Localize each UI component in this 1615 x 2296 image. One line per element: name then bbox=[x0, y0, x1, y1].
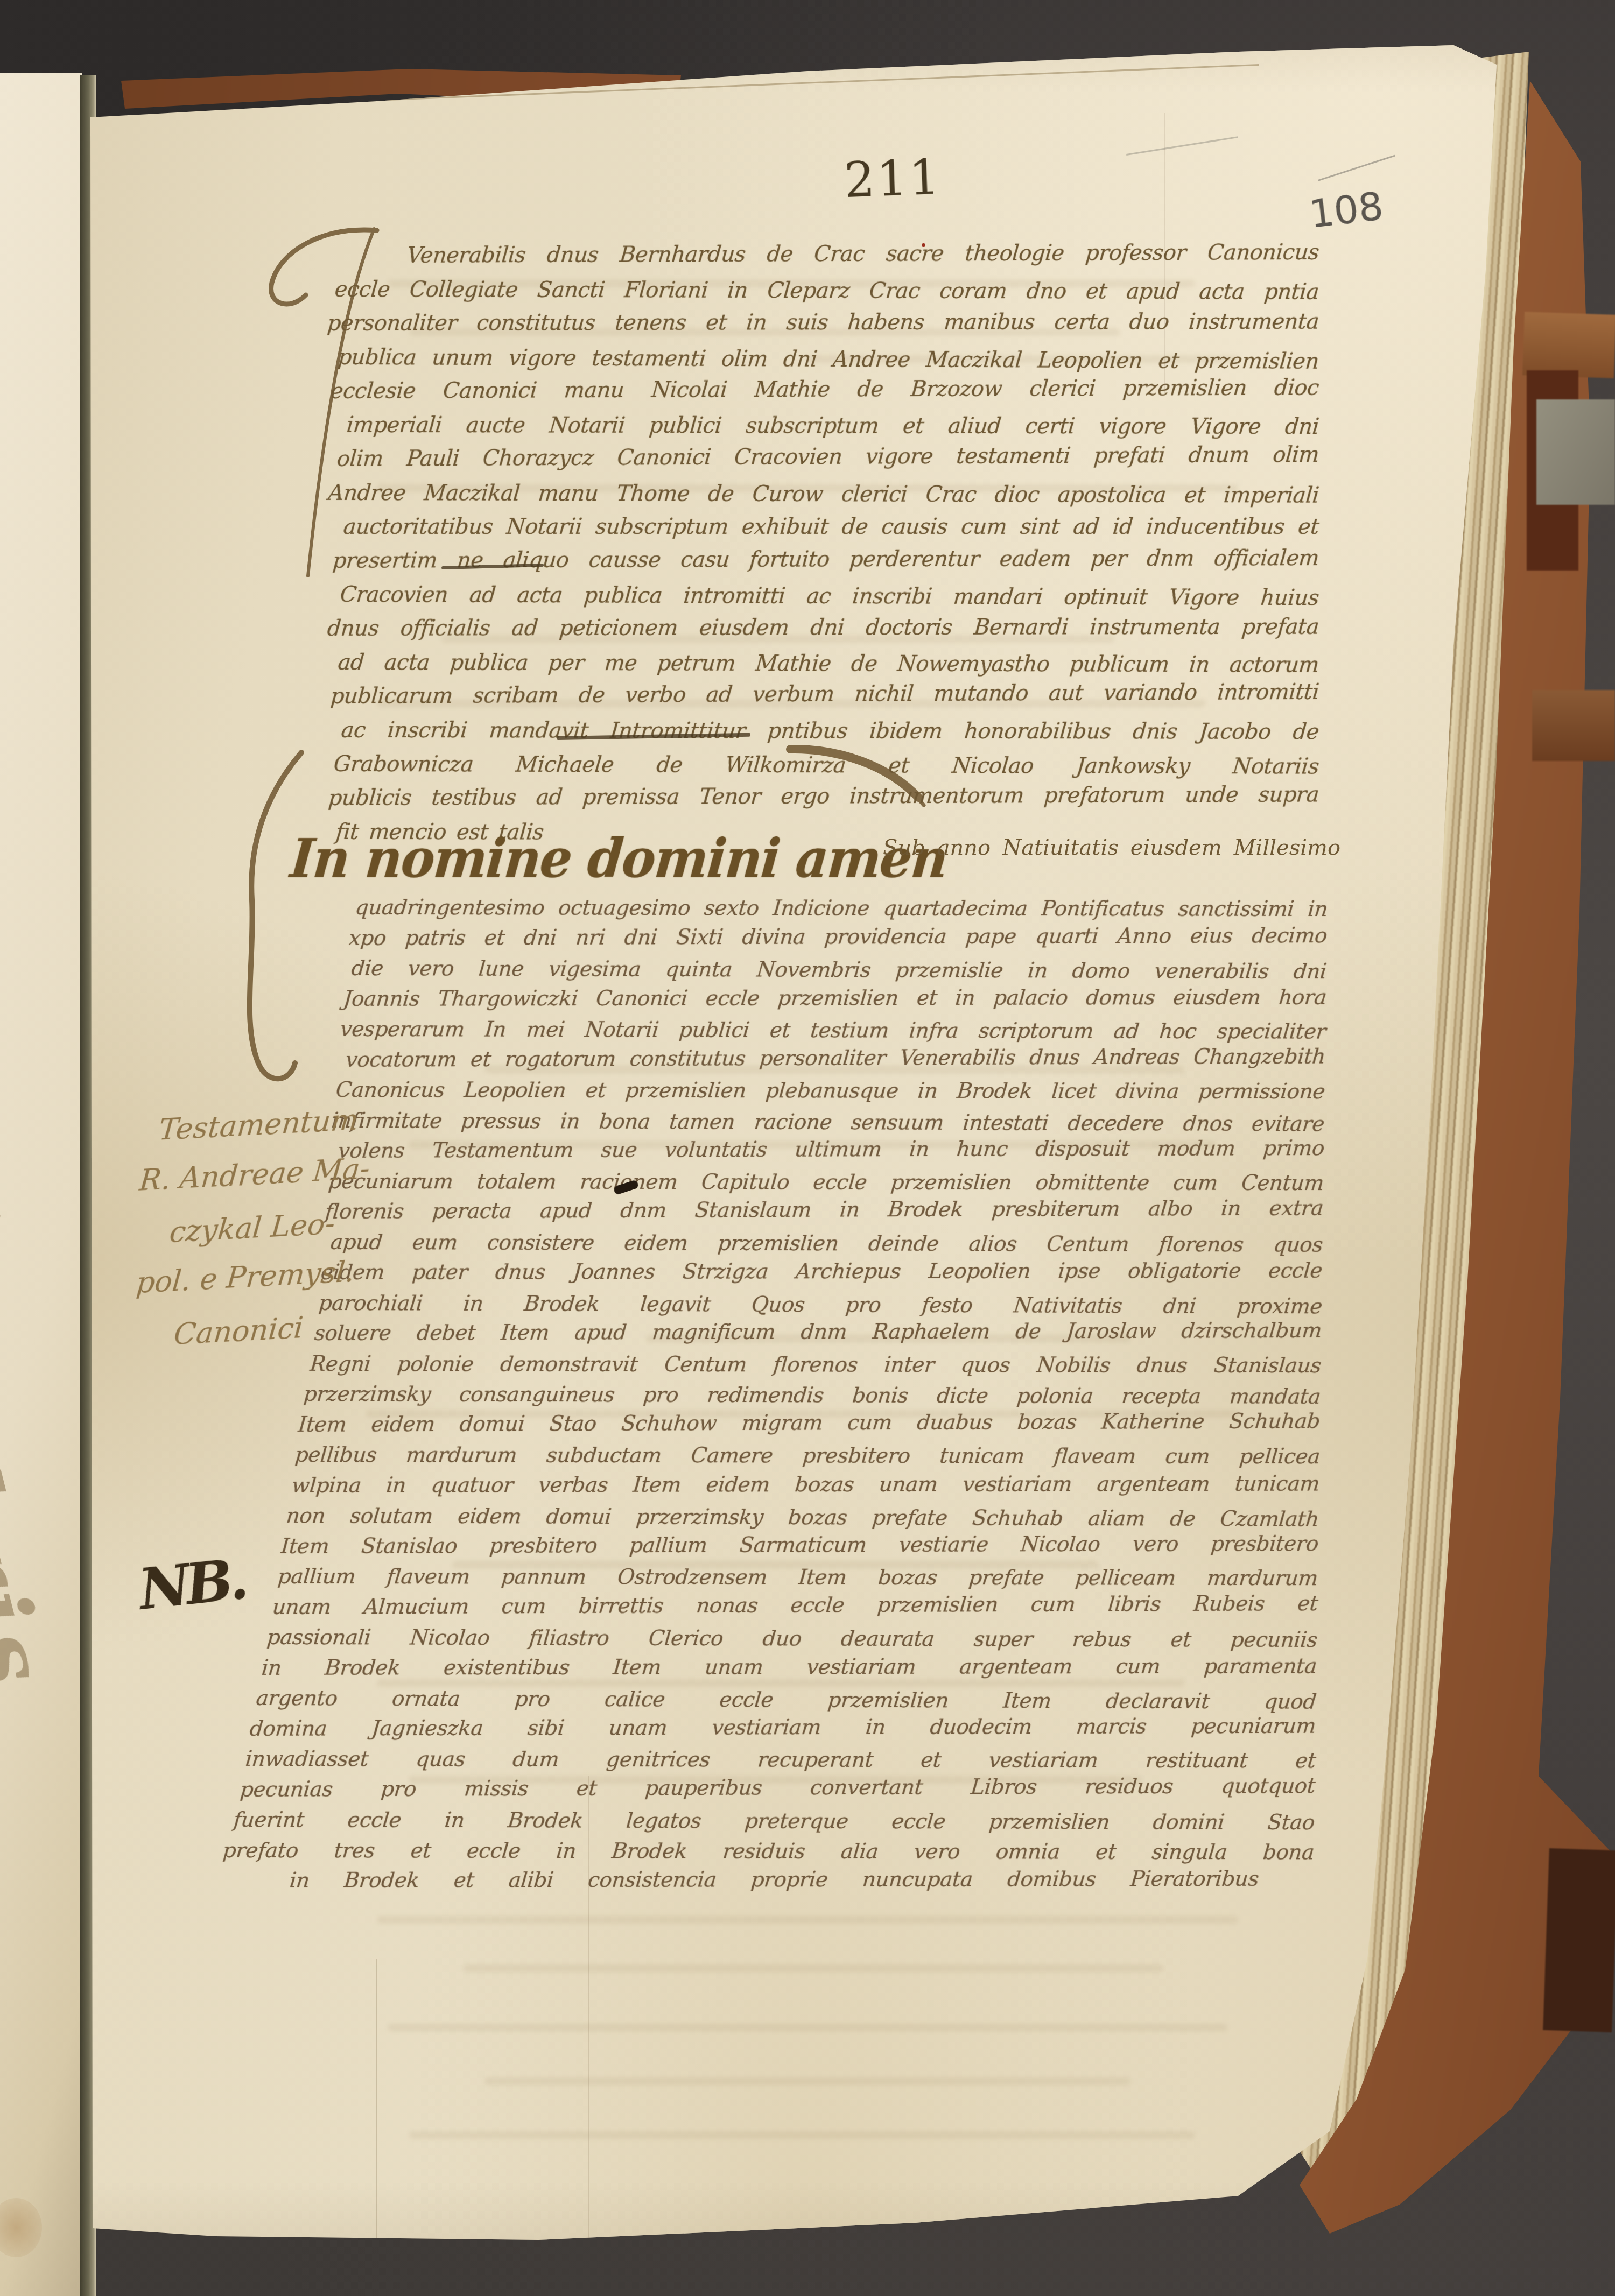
manuscript-line: pallium flaveum pannum Ostrodzensem Item… bbox=[277, 1565, 1319, 1591]
leather-strap bbox=[1532, 690, 1615, 761]
nota-bene-mark: NB. bbox=[136, 1546, 247, 1623]
paper-stain bbox=[0, 2198, 42, 2257]
manuscript-line: wlpina in quatuor verbas Item eidem boza… bbox=[291, 1472, 1321, 1498]
manuscript-line: non solutam eidem domui przerzimsky boza… bbox=[285, 1504, 1320, 1532]
red-speck bbox=[922, 243, 925, 247]
manuscript-line: Item Stanislao presbitero pallium Sarmat… bbox=[280, 1532, 1319, 1559]
felt-patch bbox=[1536, 399, 1615, 505]
manuscript-line: quadringentesimo octuagesimo sexto Indic… bbox=[354, 896, 1329, 922]
manuscript-line: domina Jagnieszka sibi unam vestiariam i… bbox=[249, 1714, 1317, 1742]
manuscript-line: imperiali aucte Notarii publici subscrip… bbox=[346, 413, 1320, 440]
manuscript-line: inwadiasset quas dum genitrices recupera… bbox=[244, 1747, 1317, 1773]
manuscript-line: parochiali in Brodek legavit Quos pro fe… bbox=[318, 1291, 1323, 1320]
manuscript-line: presertim ne aliquo causse casu fortuito… bbox=[332, 546, 1320, 574]
leather-strap bbox=[1522, 312, 1615, 378]
manuscript-line: dnus officialis ad peticionem eiusdem dn… bbox=[326, 615, 1320, 642]
manuscript-line: pecunias pro missis et pauperibus conver… bbox=[239, 1774, 1316, 1802]
manuscript-line: Regni polonie demonstravit Centum floren… bbox=[309, 1352, 1322, 1378]
manuscript-line: passionali Nicolao filiastro Clerico duo… bbox=[266, 1625, 1318, 1653]
manuscript-line: Venerabilis dnus Bernhardus de Crac sacr… bbox=[406, 240, 1320, 269]
manuscript-line: vesperarum In mei Notarii publici et tes… bbox=[339, 1017, 1327, 1045]
manuscript-line: Andree Maczikal manu Thome de Curow cler… bbox=[327, 481, 1320, 509]
manuscript-line: die vero lune vigesima quinta Novembris … bbox=[350, 956, 1328, 984]
manuscript-line: ad acta publica per me petrum Mathie de … bbox=[337, 650, 1320, 678]
manuscript-line: ac inscribi mandavit Intromittitur pntib… bbox=[340, 718, 1320, 745]
manuscript-line: in Brodek et alibi consistencia proprie … bbox=[289, 1867, 1260, 1893]
manuscript-line: volens Testamentum sue voluntatis ultimu… bbox=[337, 1136, 1325, 1164]
manuscript-line: ecclesie Canonici manu Nicolai Mathie de… bbox=[329, 376, 1320, 405]
heading-invocation: In nomine domini amen bbox=[288, 828, 950, 890]
leather-strap bbox=[1543, 1848, 1615, 2032]
manuscript-line: florenis peracta apud dnm Stanislaum in … bbox=[324, 1196, 1324, 1225]
manuscript-line: Grabownicza Michaele de Wilkomirza et Ni… bbox=[333, 752, 1320, 780]
manuscript-line: pecuniarum totalem racionem Capitulo ecc… bbox=[327, 1170, 1325, 1196]
manuscript-line: soluere debet Item apud magnificum dnm R… bbox=[313, 1319, 1323, 1346]
manuscript-line: Cracovien ad acta publica intromitti ac … bbox=[339, 582, 1320, 611]
manuscript-line: xpo patris et dni nri dni Sixti divina p… bbox=[348, 924, 1328, 951]
manuscript-line: Canonicus Leopolien et przemislien pleba… bbox=[335, 1078, 1326, 1104]
manuscript-line: unam Almucium cum birrettis nonas eccle … bbox=[271, 1591, 1319, 1620]
manuscript-line: Item eidem domui Stao Schuhow migram cum… bbox=[297, 1409, 1321, 1438]
heading-continuation-line: Sub anno Natiuitatis eiusdem Millesimo bbox=[883, 835, 1340, 860]
manuscript-line: eidem pater dnus Joannes Strzigza Archie… bbox=[320, 1259, 1323, 1285]
manuscript-line: prefato tres et eccle in Brodek residuis… bbox=[222, 1839, 1315, 1865]
manuscript-line: auctoritatibus Notarii subscriptum exhib… bbox=[342, 515, 1320, 540]
manuscript-line: eccle Collegiate Sancti Floriani in Clep… bbox=[334, 277, 1320, 305]
manuscript-line: publicis testibus ad premissa Tenor ergo… bbox=[327, 783, 1320, 812]
facing-page-display-script: tobris bbox=[0, 1343, 69, 1702]
margin-note-line: Canonici bbox=[172, 1311, 305, 1351]
facing-page-sliver: Barbare Kozyczkalis de Brzo gnisad hoc b… bbox=[0, 73, 82, 2296]
manuscript-line: in Brodek existentibus Item unam vestiar… bbox=[261, 1654, 1318, 1681]
manuscript-line: pellibus mardurum subductam Camere presb… bbox=[294, 1443, 1321, 1469]
manuscript-line: fuerint eccle in Brodek legatos preterqu… bbox=[233, 1808, 1316, 1835]
manuscript-line: przerzimsky consanguineus pro redimendis… bbox=[303, 1382, 1322, 1410]
manuscript-line: apud eum consistere eidem przemislien de… bbox=[329, 1230, 1324, 1258]
manuscript-line: personaliter constitutus tenens et in su… bbox=[326, 309, 1320, 336]
manuscript-line: publicarum scribam de verbo ad verbum ni… bbox=[329, 680, 1320, 709]
manuscript-line: publica unum vigore testamenti olim dni … bbox=[337, 345, 1320, 375]
manuscript-line: argento ornata pro calice eccle przemisl… bbox=[255, 1686, 1317, 1715]
book-photograph: Barbare Kozyczkalis de Brzo gnisad hoc b… bbox=[0, 0, 1615, 2296]
manuscript-line: olim Pauli Chorazycz Canonici Cracovien … bbox=[336, 442, 1320, 472]
manuscript-line: Joannis Thargowiczki Canonici eccle prze… bbox=[342, 985, 1328, 1012]
manuscript-line: vocatorum et rogatorum constitutus perso… bbox=[345, 1045, 1326, 1073]
manuscript-line: infirmitate pressus in bona tamen racion… bbox=[331, 1109, 1325, 1137]
